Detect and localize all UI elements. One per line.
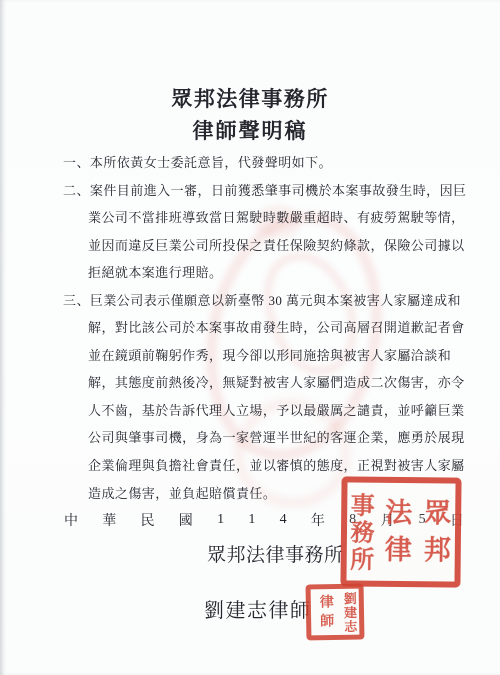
statement-line: 三、巨業公司表示僅願意以新臺幣 30 萬元與本案被害人家屬達成和 (63, 287, 463, 315)
lawyer-seal-stamp: 劉建志 律師 (306, 583, 365, 640)
statement-line: 解，其態度前熱後冷，無疑對被害人家屬們造成二次傷害，亦令 (63, 369, 463, 397)
date-token: 華 (102, 510, 116, 530)
date-token: 4 (280, 512, 287, 528)
firm-seal-text: 事務所 (342, 489, 378, 573)
statement-line: 業公司不當排班導致當日駕駛時數嚴重超時、有疲勞駕駛等情， (63, 204, 463, 232)
firm-seal-stamp: 眾邦 法律 事務所 (340, 476, 461, 587)
date-token: 國 (179, 510, 193, 530)
firm-seal-text: 法律 (377, 492, 417, 572)
date-token: 中 (64, 510, 78, 530)
statement-line: 拒絕就本案進行理賠。 (63, 259, 463, 287)
firm-name-title: 眾邦法律事務所 (0, 86, 500, 112)
firm-seal-text: 眾邦 (416, 492, 456, 572)
document-title: 律師聲明稿 (0, 118, 500, 144)
date-token: 民 (141, 510, 155, 530)
statement-line: 人不齒，基於告訴代理人立場，予以最嚴厲之譴責，並呼籲巨業 (63, 397, 463, 425)
statement-line: 一、本所依黃女士委託意旨，代發聲明如下。 (63, 149, 463, 177)
statement-body: 一、本所依黃女士委託意旨，代發聲明如下。 二、案件目前進入一審，日前獲悉肇事司機… (63, 149, 463, 507)
statement-line: 並因而違反巨業公司所投保之責任保險契約條款，保險公司據以 (63, 232, 463, 260)
statement-line: 公司與肇事司機，身為一家營運半世紀的客運企業，應勇於展現 (63, 424, 463, 452)
lawyer-seal-text: 劉建志 (335, 590, 360, 633)
statement-line: 企業倫理與負擔社會責任，並以審慎的態度，正視對被害人家屬 (63, 452, 463, 480)
lawyer-signature: 劉建志律師 (204, 594, 312, 623)
firm-signature: 眾邦法律事務所 (207, 540, 344, 567)
legal-statement-document: 眾邦法律事務所 律師聲明稿 一、本所依黃女士委託意旨，代發聲明如下。 二、案件目… (0, 0, 500, 675)
lawyer-seal-text: 律師 (311, 592, 336, 632)
date-token: 1 (217, 512, 224, 528)
date-token: 年 (311, 510, 325, 530)
date-token: 1 (248, 512, 255, 528)
statement-line: 解，對比該公司於本案事故甫發生時，公司高層召開道歉記者會 (63, 314, 463, 342)
statement-line: 並在鏡頭前鞠躬作秀，現今卻以形同施捨與被害人家屬洽談和 (63, 342, 463, 370)
statement-line: 二、案件目前進入一審，日前獲悉肇事司機於本案事故發生時，因巨 (63, 177, 463, 205)
document-header: 眾邦法律事務所 律師聲明稿 (0, 86, 500, 144)
